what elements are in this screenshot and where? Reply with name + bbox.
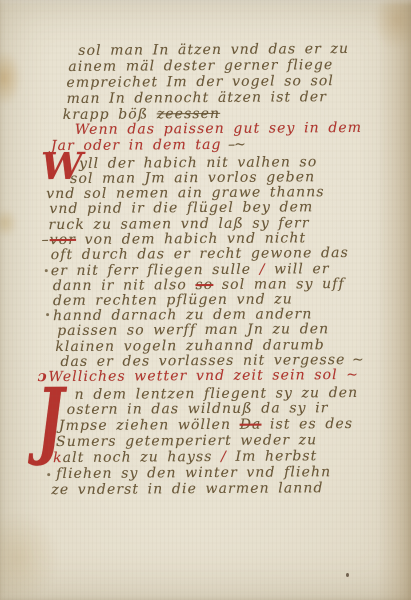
manuscript-line: Sumers getemperiert weder zu [56, 432, 317, 450]
manuscript-line: man In dennocht ätzen ist der [67, 89, 328, 107]
manuscript-line: fliehen sy den winter vnd fliehn [56, 464, 331, 482]
manuscript-page: sol man In ätzen vnd das er zuainem mäl … [0, 0, 411, 600]
manuscript-line: vnd pind ir die flügel bey dem [49, 199, 313, 217]
rubric-line: Jar oder in dem tag –~ [51, 137, 245, 154]
manuscript-line: sol man In ätzen vnd das er zu [78, 41, 349, 59]
rubric-line: Wenn das paissen gut sey in dem [75, 120, 362, 138]
rubric-line: Welliches wetter vnd zeit sein sol ~ [48, 367, 359, 385]
manuscript-line: ze vnderst in die warmen lannd [51, 480, 323, 498]
manuscript-line: ostern in das wildnuß da sy ir [67, 400, 329, 418]
margin-dot [47, 473, 50, 476]
margin-dot [45, 269, 48, 272]
manuscript-line: empreichet Im der vogel so sol [66, 73, 334, 91]
margin-dot [46, 313, 49, 316]
manuscript-line: kalt noch zu hayss / Im herbst [53, 448, 317, 466]
manuscript-line: ainem mäl dester gerner fliege [68, 57, 333, 75]
manuscript-line: paissen so werff man Jn zu den [57, 321, 329, 339]
paraph-mark: ɔ [37, 367, 46, 385]
text-block: sol man In ätzen vnd das er zuainem mäl … [0, 0, 411, 600]
